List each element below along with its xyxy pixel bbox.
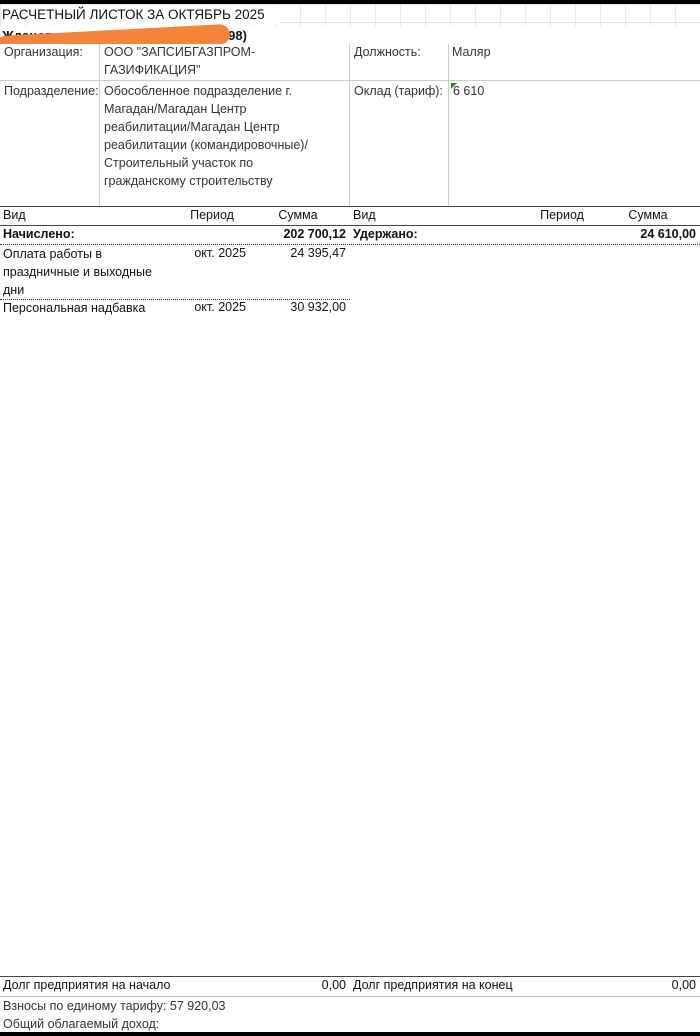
contributions-line: Взносы по единому тарифу: 57 920,03 xyxy=(3,998,226,1016)
column-header-period: Период xyxy=(528,207,596,225)
debt-start-value: 0,00 xyxy=(250,977,346,995)
accrued-item-sum: 30 932,00 xyxy=(250,299,346,317)
salary-label: Оклад (тариф): xyxy=(354,83,443,101)
grid-line xyxy=(0,996,700,997)
payslip-sheet: РАСЧЕТНЫЙ ЛИСТОК ЗА ОКТЯБРЬ 2025 Жданова… xyxy=(0,4,700,1032)
grid-line xyxy=(448,44,449,206)
debt-end-value: 0,00 xyxy=(600,977,696,995)
division-label: Подразделение: xyxy=(4,83,99,101)
salary-value: 6 610 xyxy=(453,83,484,101)
column-header-sum: Сумма xyxy=(600,207,696,225)
grid-line xyxy=(0,80,700,81)
accrued-item-sum: 24 395,47 xyxy=(250,245,346,263)
table-area xyxy=(0,206,700,976)
grid-line xyxy=(349,44,350,206)
accrued-label: Начислено: xyxy=(3,226,75,244)
debt-start-label: Долг предприятия на начало xyxy=(3,977,170,995)
taxable-income-line: Общий облагаемый доход: xyxy=(3,1016,159,1034)
column-header-type: Вид xyxy=(353,207,376,225)
grid-line xyxy=(99,44,100,206)
column-header-period: Период xyxy=(178,207,246,225)
organization-value: ООО "ЗАПСИБГАЗПРОМ-ГАЗИФИКАЦИЯ" xyxy=(104,44,304,79)
grid-line xyxy=(0,225,700,226)
position-label: Должность: xyxy=(354,44,421,62)
column-header-type: Вид xyxy=(3,207,26,225)
column-header-sum: Сумма xyxy=(250,207,346,225)
accrued-item-name: Оплата работы в праздничные и выходные д… xyxy=(3,245,171,299)
division-value: Обособленное подразделение г. Магадан/Ма… xyxy=(104,83,332,190)
withheld-total: 24 610,00 xyxy=(600,226,696,244)
accrued-item-period: окт. 2025 xyxy=(178,245,246,263)
accrued-item-period: окт. 2025 xyxy=(178,299,246,317)
organization-label: Организация: xyxy=(4,44,83,62)
debt-end-label: Долг предприятия на конец xyxy=(353,977,513,995)
accrued-total: 202 700,12 xyxy=(250,226,346,244)
withheld-label: Удержано: xyxy=(353,226,418,244)
position-value: Маляр xyxy=(452,44,491,62)
payslip-title: РАСЧЕТНЫЙ ЛИСТОК ЗА ОКТЯБРЬ 2025 xyxy=(2,6,280,24)
accrued-item-name: Персональная надбавка xyxy=(3,299,171,317)
